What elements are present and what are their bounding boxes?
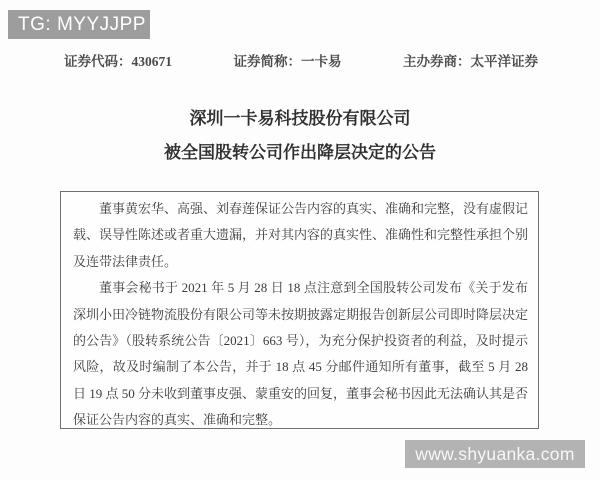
site-watermark: www.shyuanka.com <box>405 440 585 468</box>
securities-info-header: 证券代码：430671 证券简称：一卡易 主办券商：太平洋证券 <box>64 50 538 70</box>
document-title: 深圳一卡易科技股份有限公司 被全国股转公司作出降层决定的公告 <box>0 102 600 170</box>
tg-watermark-badge: TG: MYYJJPP <box>8 10 150 39</box>
sponsor-broker-label: 主办券商：太平洋证券 <box>403 50 538 70</box>
announcement-document: { "badge": { "label": "TG: MYYJJPP" }, "… <box>0 0 600 480</box>
board-secretary-notice-paragraph: 董事会秘书于 2021 年 5 月 28 日 18 点注意到全国股转公司发布《关… <box>73 275 528 429</box>
stock-code-label: 证券代码：430671 <box>64 50 172 70</box>
disclaimer-notice-box: 董事黄宏华、高强、刘春莲保证公告内容的真实、准确和完整，没有虚假记载、误导性陈述… <box>60 191 539 429</box>
document-title-line2: 被全国股转公司作出降层决定的公告 <box>0 136 600 170</box>
stock-short-name-label: 证券简称：一卡易 <box>234 50 342 70</box>
directors-guarantee-paragraph: 董事黄宏华、高强、刘春莲保证公告内容的真实、准确和完整，没有虚假记载、误导性陈述… <box>73 196 528 275</box>
document-title-line1: 深圳一卡易科技股份有限公司 <box>0 102 600 136</box>
